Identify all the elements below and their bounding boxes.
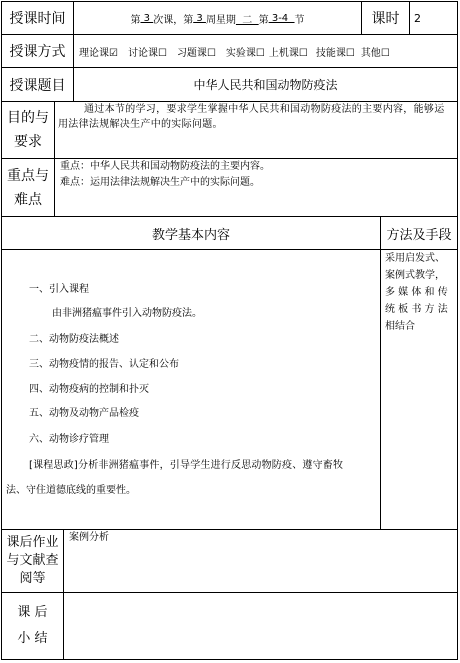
mode-text: 习题课 [177,48,207,59]
method-header-text: 方法及手段 [386,224,451,243]
homework-text: 案例分析 [69,532,109,543]
unchecked-box-icon: ☐ [158,48,167,59]
outline-item: 五、动物及动物产品检疫 [29,404,139,419]
topic-value-text: 中华人民共和国动物防疫法 [193,76,337,93]
time-label-text: 授课时间 [10,8,66,28]
hours-label-text: 课时 [372,8,400,28]
label-line: 重点与 [7,164,49,188]
unchecked-box-icon: ☐ [381,48,390,59]
label-line: 与文献查 [6,552,58,570]
outline-item: 由非洲猪瘟事件引入动物防疫法。 [52,304,202,319]
method-header: 方法及手段 [381,217,457,249]
time-label: 授课时间 [2,2,73,34]
border [54,101,55,216]
mode-text: 讨论课 [128,48,158,59]
hours-value-text: 2 [414,12,421,25]
methods-text: 采用启发式、 案例式教学， 多 媒 体 和 传 统 板 书 方 法 相结合 [385,250,455,335]
time-value: 第 3 次课，第 3 周星期 二 第 3-4 节 [74,2,361,34]
mode-label: 授课方式 [2,35,73,67]
mode-text: 理论课 [79,48,109,59]
outline-item: 一、引入课程 [29,280,89,295]
difficult-point-text: 难点：运用法律法规解决生产中的实际问题。 [60,175,260,190]
method-line: 相结合 [385,318,455,335]
summary-label: 课 后 小 结 [2,593,63,659]
summary-value[interactable] [69,594,455,658]
key-point: 重点：中华人民共和国动物防疫法的主要内容。 [60,161,270,172]
hours-value: 2 [414,2,454,34]
mode-label-text: 授课方式 [10,41,66,61]
topic-label-text: 授课题目 [10,75,66,95]
mode-options: 理论课☑ 讨论课☐ 习题课☐ 实验课☐ 上机课☐ 技能课☐ 其他☐ [79,35,457,67]
outline-item: 二、动物防疫法概述 [29,330,119,345]
mode-text: 实验课 [226,48,256,59]
outline-item: 四、动物疫病的控制和扑灭 [29,380,149,395]
period: 3-4 [269,13,295,24]
border [63,529,64,659]
label-line: 目的与 [7,106,49,130]
mode-exercise-checkbox[interactable]: 习题课☐ [177,44,216,59]
hours-label: 课时 [362,2,409,34]
unchecked-box-icon: ☐ [256,48,265,59]
content-header-text: 教学基本内容 [152,224,230,243]
method-line: 多 媒 体 和 传 [385,284,455,301]
objectives-text: 通过本节的学习，要求学生掌握中华人民共和国动物防疫法的主要内容，能够运用法律法规… [58,102,454,132]
label-line: 要求 [14,130,42,154]
topic-value: 中华人民共和国动物防疫法 [74,68,457,101]
time-text: 周星期 [206,11,236,26]
unchecked-box-icon: ☐ [346,48,355,59]
border [457,1,458,660]
difficult-point: 难点：运用法律法规解决生产中的实际问题。 [60,177,260,188]
time-text: 次课，第 [153,11,193,26]
mode-text: 其他 [361,48,381,59]
border [1,659,458,660]
objectives-label: 目的与 要求 [2,102,54,158]
mode-computer-checkbox[interactable]: 上机课☐ [269,44,308,59]
objectives-text-content: 通过本节的学习，要求学生掌握中华人民共和国动物防疫法的主要内容，能够运用法律法规… [58,104,445,130]
label-line: 小 结 [17,626,47,652]
method-line: 采用启发式、 [385,250,455,267]
lesson-number: 3 [140,13,153,24]
border [380,216,381,529]
mode-text: 上机课 [269,48,299,59]
outline-item: 六、动物诊疗管理 [29,430,109,445]
outline-item: 法、守住道德底线的重要性。 [6,481,136,496]
topic-label: 授课题目 [2,68,73,101]
label-line: 课后作业 [6,534,58,552]
border [409,1,410,34]
method-line: 统 板 书 方 法 [385,301,455,318]
key-point-text: 重点：中华人民共和国动物防疫法的主要内容。 [60,159,270,174]
label-line: 难点 [14,188,42,212]
mode-other-checkbox[interactable]: 其他☐ [361,44,390,59]
border [1,592,458,593]
weekday: 二 [236,11,259,26]
outline-item: [课程思政]分析非洲猪瘟事件，引导学生进行反思动物防疫、遵守畜牧 [29,456,343,471]
mode-discussion-checkbox[interactable]: 讨论课☐ [128,44,167,59]
mode-skill-checkbox[interactable]: 技能课☐ [316,44,355,59]
mode-theory-checkbox[interactable]: 理论课☑ [79,44,118,59]
checked-box-icon: ☑ [109,48,118,59]
outline-item: 三、动物疫情的报告、认定和公布 [29,355,179,370]
mode-lab-checkbox[interactable]: 实验课☐ [226,44,265,59]
homework-label: 课后作业 与文献查 阅等 [2,530,63,592]
keypoints-label: 重点与 难点 [2,159,54,216]
mode-text: 技能课 [316,48,346,59]
homework-value: 案例分析 [69,530,109,545]
time-text: 第 [259,11,269,26]
time-text: 第 [130,11,140,26]
method-line: 案例式教学， [385,267,455,284]
label-line: 阅等 [19,570,45,588]
label-line: 课 后 [17,600,47,626]
unchecked-box-icon: ☐ [207,48,216,59]
content-header: 教学基本内容 [2,217,380,249]
week-number: 3 [193,13,206,24]
unchecked-box-icon: ☐ [299,48,308,59]
time-text: 节 [295,11,305,26]
